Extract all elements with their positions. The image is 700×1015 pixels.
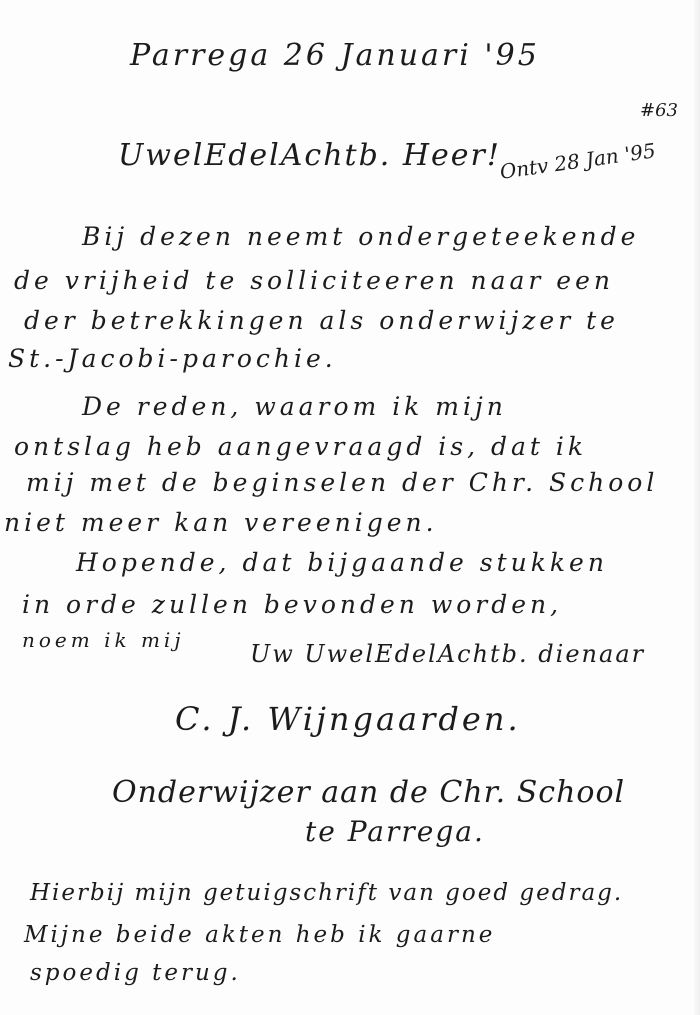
letter-page: Parrega 26 Januari '95 UwelEdelAchtb. He…	[0, 0, 700, 1015]
body-line: Bij dezen neemt ondergeteekende	[82, 222, 639, 251]
body-line: mij met de beginselen der Chr. School	[26, 468, 658, 497]
signer-title-line-1: Onderwijzer aan de Chr. School	[112, 775, 625, 810]
postscript-line: Mijne beide akten heb ik gaarne	[24, 922, 495, 948]
body-line: niet meer kan vereenigen.	[4, 508, 438, 537]
signer-title-line-2: te Parrega.	[305, 815, 485, 848]
valediction: Uw UwelEdelAchtb. dienaar	[250, 640, 645, 668]
salutation: UwelEdelAchtb. Heer!	[118, 138, 501, 173]
body-line: St.-Jacobi-parochie.	[8, 344, 337, 373]
received-date-annotation: Ontv 28 Jan '95	[498, 138, 657, 184]
place-date-line: Parrega 26 Januari '95	[130, 38, 540, 73]
body-line: De reden, waarom ik mijn	[82, 392, 507, 421]
paper-edge-shadow	[694, 0, 700, 1015]
postscript-line: spoedig terug.	[30, 960, 241, 986]
body-line: de vrijheid te solliciteeren naar een	[14, 266, 614, 295]
body-line: ontslag heb aangevraagd is, dat ik	[14, 432, 587, 461]
body-line: der betrekkingen als onderwijzer te	[24, 306, 619, 335]
body-line: in orde zullen bevonden worden,	[22, 590, 562, 619]
postscript-line: Hierbij mijn getuigschrift van goed gedr…	[30, 880, 623, 906]
archive-number-annotation: #63	[640, 100, 678, 121]
body-line: Hopende, dat bijgaande stukken	[76, 548, 608, 577]
body-line: noem ik mij	[22, 628, 185, 652]
signature: C. J. Wijngaarden.	[175, 700, 521, 738]
